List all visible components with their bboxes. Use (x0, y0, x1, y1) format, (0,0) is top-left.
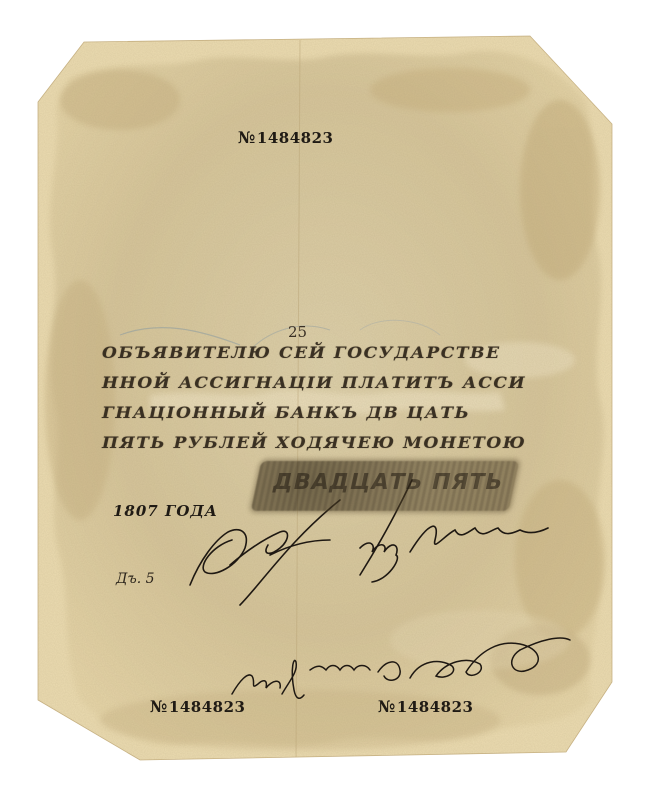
serial-number-bottom-right: №1484823 (378, 697, 473, 716)
serial-prefix-top: № (238, 128, 256, 147)
serial-prefix-bottom-right: № (378, 697, 396, 716)
serial-value-bottom-right: 1484823 (397, 698, 474, 716)
serial-prefix-bottom-left: № (150, 697, 168, 716)
body-text-line-2: ННОЙ АССИГНАЦІИ ПЛАТИТЪ АССИ (102, 374, 526, 392)
body-text-line-3: ГНАЦІОННЫЙ БАНКЪ ДВ ЦАТЬ (102, 404, 470, 422)
serial-value-bottom-left: 1484823 (169, 698, 246, 716)
serial-number-top: №1484823 (238, 128, 333, 147)
stamp-text: ДВАДЦАТЬ ПЯТЬ (265, 470, 510, 495)
body-text-line-4: ПЯТЬ РУБЛЕЙ ХОДЯЧЕЮ МОНЕТОЮ (102, 434, 526, 452)
handwritten-number: 25 (288, 323, 307, 341)
banknote: №1484823 25 ОБЪЯВИТЕЛЮ СЕЙ ГОСУДАРСТВЕ Н… (0, 0, 660, 800)
year-label: 1807 ГОДА (113, 502, 218, 520)
serial-number-bottom-left: №1484823 (150, 697, 245, 716)
signature-prefix: Дъ. 5 (116, 571, 155, 587)
paper-background (0, 0, 660, 800)
body-text-line-1: ОБЪЯВИТЕЛЮ СЕЙ ГОСУДАРСТВЕ (102, 344, 501, 362)
serial-value-top: 1484823 (257, 129, 334, 147)
